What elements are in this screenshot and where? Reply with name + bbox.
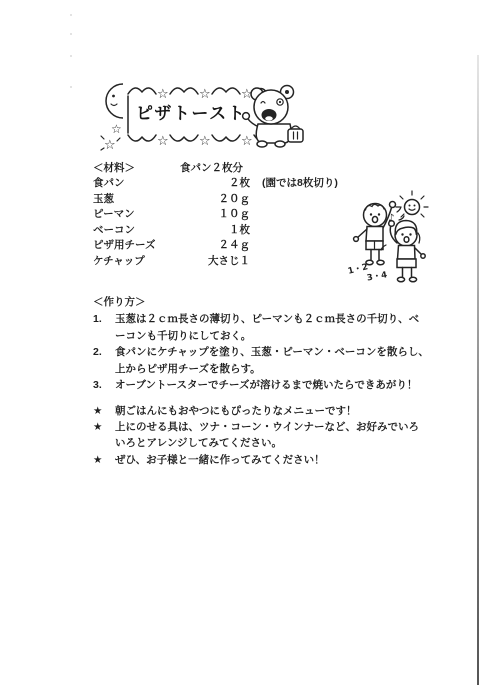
instruction-step: 1. 玉葱は２ｃｍ長さの薄切り、ピーマンも２ｃｍ長さの千切り、ベ ーコンも千切り… xyxy=(93,311,415,344)
note-text: 朝ごはんにもおやつにもぴったりなメニューです！ xyxy=(115,403,415,419)
scan-dot xyxy=(70,33,72,35)
step-number: 1. xyxy=(93,311,115,344)
ingredient-name: 食パン xyxy=(93,176,125,192)
instruction-step: 2. 食パンにケチャップを塗り、玉葱・ピーマン・ベーコンを散らし、 上からピザ用… xyxy=(93,344,415,377)
sun-icon xyxy=(396,191,428,217)
star-icon: ☆ xyxy=(199,134,211,149)
scan-dot xyxy=(70,86,72,88)
ingredient-amount: １枚 xyxy=(229,223,250,239)
note-item: ★ ぜひ、お子様と一緒に作ってみてください！ xyxy=(93,452,415,468)
girl-figure xyxy=(381,221,425,282)
ingredient-name: ピーマン xyxy=(93,207,135,223)
ingredient-row: 食パン ２枚 (園では8枚切り) xyxy=(93,176,250,192)
ingredients-heading: ＜材料＞ xyxy=(93,162,135,174)
step-text: ーコンも千切りにしておく。 xyxy=(115,328,419,345)
ingredient-amount: ２枚 xyxy=(229,176,250,192)
recipe-page: ☆ ☆ ☆ ☆ ☆ ☆ ☆ ☆ xyxy=(0,0,480,685)
ingredient-amount: ２０ｇ xyxy=(219,192,251,208)
star-icon: ☆ xyxy=(111,122,122,136)
ingredient-row: ピザ用チーズ ２４ｇ xyxy=(93,238,250,254)
ingredient-row: ピーマン １０ｇ xyxy=(93,207,250,223)
star-icon: ☆ xyxy=(157,87,169,102)
star-icon: ☆ xyxy=(241,134,253,149)
ingredient-amount: １０ｇ xyxy=(219,207,251,223)
ingredient-amount: ２４ｇ xyxy=(219,238,251,254)
step-text: オーブントースターでチーズが溶けるまで焼いたらできあがり！ xyxy=(115,377,417,394)
star-bullet-icon: ★ xyxy=(93,403,115,419)
crescent-moon-icon xyxy=(106,84,123,118)
note-text: 上にのせる具は、ツナ・コーン・ウインナーなど、お好みでいろ xyxy=(115,419,419,435)
sparkle-star-icon: ☆ xyxy=(101,136,120,152)
notes-section: ★ 朝ごはんにもおやつにもぴったりなメニューです！ ★ 上にのせる具は、ツナ・コ… xyxy=(93,403,415,468)
ingredient-name: ピザ用チーズ xyxy=(93,238,155,254)
instructions-heading: ＜作り方＞ xyxy=(93,294,415,311)
ingredients-header: ＜材料＞ 食パン２枚分 xyxy=(93,160,250,176)
step-text: 食パンにケチャップを塗り、玉葱・ピーマン・ベーコンを散らし、 xyxy=(115,344,429,361)
scan-dot xyxy=(70,55,72,57)
step-text: 上からピザ用チーズを散らす。 xyxy=(115,361,429,378)
step-number: 2. xyxy=(93,344,115,377)
children-exercising-illustration: ♪ xyxy=(336,183,448,285)
title-block: ☆ ☆ ☆ ☆ ☆ ☆ ☆ ☆ xyxy=(100,78,312,152)
star-icon: ☆ xyxy=(199,87,211,102)
svg-text:☆: ☆ xyxy=(104,138,116,152)
ingredient-row: ケチャップ 大さじ１ xyxy=(93,254,250,270)
note-text: いろとアレンジしてみてください。 xyxy=(115,435,419,451)
ingredient-row: 玉葱 ２０ｇ xyxy=(93,192,250,208)
star-bullet-icon: ★ xyxy=(93,419,115,451)
ingredient-note: (園では8枚切り) xyxy=(262,176,338,192)
instruction-step: 3. オーブントースターでチーズが溶けるまで焼いたらできあがり！ xyxy=(93,377,415,394)
star-bullet-icon: ★ xyxy=(93,452,115,468)
scan-dot xyxy=(70,14,72,16)
ingredient-row: ベーコン １枚 xyxy=(93,223,250,239)
ingredient-name: ベーコン xyxy=(93,223,135,239)
instructions-section: ＜作り方＞ 1. 玉葱は２ｃｍ長さの薄切り、ピーマンも２ｃｍ長さの千切り、ベ ー… xyxy=(93,294,415,394)
ingredient-name: ケチャップ xyxy=(93,254,145,270)
note-item: ★ 上にのせる具は、ツナ・コーン・ウインナーなど、お好みでいろ いろとアレンジし… xyxy=(93,419,415,451)
scan-artifact-right-edge xyxy=(477,55,479,685)
ingredient-name: 玉葱 xyxy=(93,192,114,208)
step-text: 玉葱は２ｃｍ長さの薄切り、ピーマンも２ｃｍ長さの千切り、ベ xyxy=(115,311,419,328)
ingredients-yield: 食パン２枚分 xyxy=(180,160,243,176)
note-text: ぜひ、お子様と一緒に作ってみてください！ xyxy=(115,452,415,468)
count-text: 3・4 xyxy=(366,270,388,283)
note-item: ★ 朝ごはんにもおやつにもぴったりなメニューです！ xyxy=(93,403,415,419)
star-icon: ☆ xyxy=(157,134,169,149)
page-title: ピザトースト xyxy=(130,101,252,127)
ingredient-amount: 大さじ１ xyxy=(208,254,250,270)
step-number: 3. xyxy=(93,377,115,394)
ingredients-section: ＜材料＞ 食パン２枚分 食パン ２枚 (園では8枚切り) 玉葱 ２０ｇ ピーマン… xyxy=(93,160,250,270)
